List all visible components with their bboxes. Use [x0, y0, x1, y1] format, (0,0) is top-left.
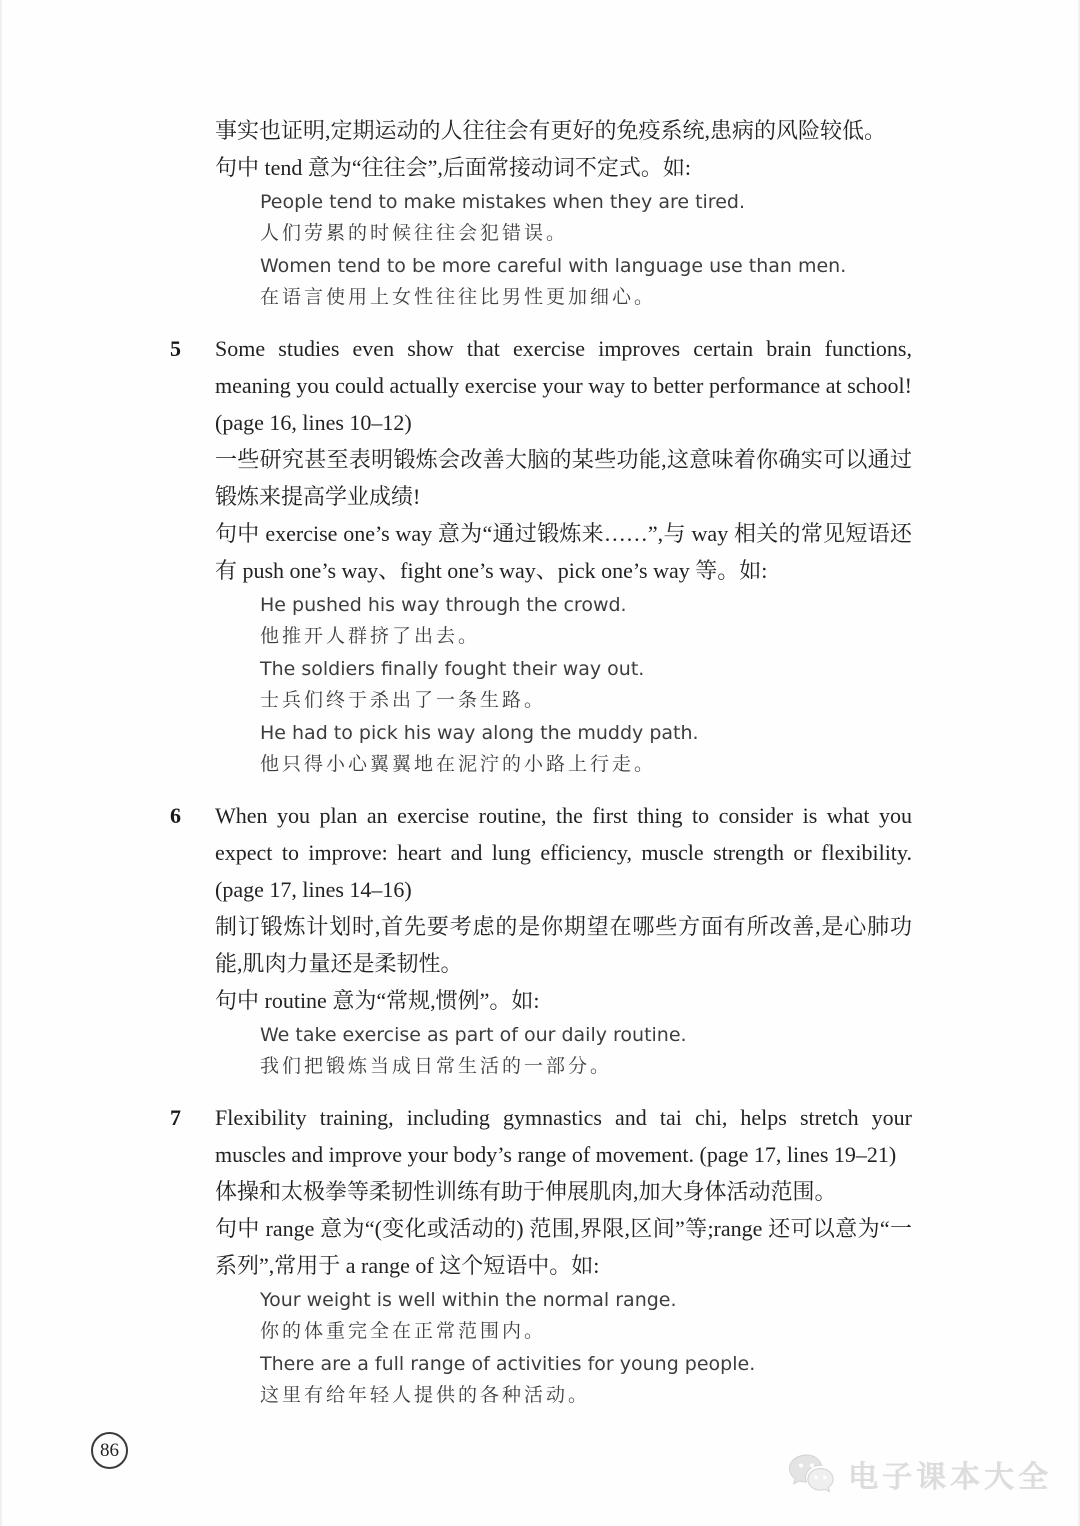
item-sentence-en: When you plan an exercise routine, the f…	[215, 797, 912, 908]
item-translation-cn: 体操和太极拳等柔韧性训练有助于伸展肌肉,加大身体活动范围。	[215, 1173, 912, 1210]
example-translation-cn: 人们劳累的时候往往会犯错误。	[260, 218, 912, 250]
page-number: 86	[100, 1440, 119, 1462]
item-sentence-en: Some studies even show that exercise imp…	[215, 330, 912, 441]
usage-note: 句中 routine 意为“常规,惯例”。如:	[215, 982, 912, 1019]
wechat-icon	[786, 1452, 838, 1496]
numbered-item-6: 6 When you plan an exercise routine, the…	[215, 797, 912, 1083]
example-translation-cn: 他只得小心翼翼地在泥泞的小路上行走。	[260, 749, 912, 781]
example-sentence-en: He had to pick his way along the muddy p…	[260, 717, 912, 749]
example-sentence-en: Women tend to be more careful with langu…	[260, 250, 912, 282]
item-translation-cn: 制订锻炼计划时,首先要考虑的是你期望在哪些方面有所改善,是心肺功能,肌肉力量还是…	[215, 908, 912, 982]
example-translation-cn: 你的体重完全在正常范围内。	[260, 1316, 912, 1348]
page-number-badge: 86	[91, 1432, 128, 1469]
example-sentence-en: We take exercise as part of our daily ro…	[260, 1019, 912, 1051]
item-sentence-en: Flexibility training, including gymnasti…	[215, 1099, 912, 1173]
example-translation-cn: 这里有给年轻人提供的各种活动。	[260, 1380, 912, 1412]
body-line-cn: 事实也证明,定期运动的人往往会有更好的免疫系统,患病的风险较低。	[215, 112, 912, 149]
example-group: He pushed his way through the crowd. 他推开…	[260, 589, 912, 781]
item-number: 6	[170, 797, 181, 834]
example-group: People tend to make mistakes when they a…	[260, 186, 912, 314]
numbered-item-5: 5 Some studies even show that exercise i…	[215, 330, 912, 781]
example-sentence-en: He pushed his way through the crowd.	[260, 589, 912, 621]
intro-block: 事实也证明,定期运动的人往往会有更好的免疫系统,患病的风险较低。 句中 tend…	[215, 112, 912, 314]
example-translation-cn: 他推开人群挤了出去。	[260, 621, 912, 653]
document-page: 事实也证明,定期运动的人往往会有更好的免疫系统,患病的风险较低。 句中 tend…	[0, 0, 1080, 1526]
example-translation-cn: 士兵们终于杀出了一条生路。	[260, 685, 912, 717]
example-group: Your weight is well within the normal ra…	[260, 1284, 912, 1412]
numbered-item-7: 7 Flexibility training, including gymnas…	[215, 1099, 912, 1412]
example-translation-cn: 在语言使用上女性往往比男性更加细心。	[260, 282, 912, 314]
item-translation-cn: 一些研究甚至表明锻炼会改善大脑的某些功能,这意味着你确实可以通过锻炼来提高学业成…	[215, 441, 912, 515]
usage-note: 句中 exercise one’s way 意为“通过锻炼来……”,与 way …	[215, 515, 912, 589]
watermark-text: 电子课本大全	[848, 1452, 1052, 1496]
example-group: We take exercise as part of our daily ro…	[260, 1019, 912, 1083]
example-sentence-en: Your weight is well within the normal ra…	[260, 1284, 912, 1316]
usage-note: 句中 range 意为“(变化或活动的) 范围,界限,区间”等;range 还可…	[215, 1210, 912, 1284]
item-number: 5	[170, 330, 181, 367]
item-number: 7	[170, 1099, 181, 1136]
page-content: 事实也证明,定期运动的人往往会有更好的免疫系统,患病的风险较低。 句中 tend…	[215, 112, 912, 1412]
example-sentence-en: The soldiers finally fought their way ou…	[260, 653, 912, 685]
example-sentence-en: There are a full range of activities for…	[260, 1348, 912, 1380]
example-translation-cn: 我们把锻炼当成日常生活的一部分。	[260, 1051, 912, 1083]
watermark: 电子课本大全	[786, 1452, 1052, 1496]
example-sentence-en: People tend to make mistakes when they a…	[260, 186, 912, 218]
usage-note: 句中 tend 意为“往往会”,后面常接动词不定式。如:	[215, 149, 912, 186]
